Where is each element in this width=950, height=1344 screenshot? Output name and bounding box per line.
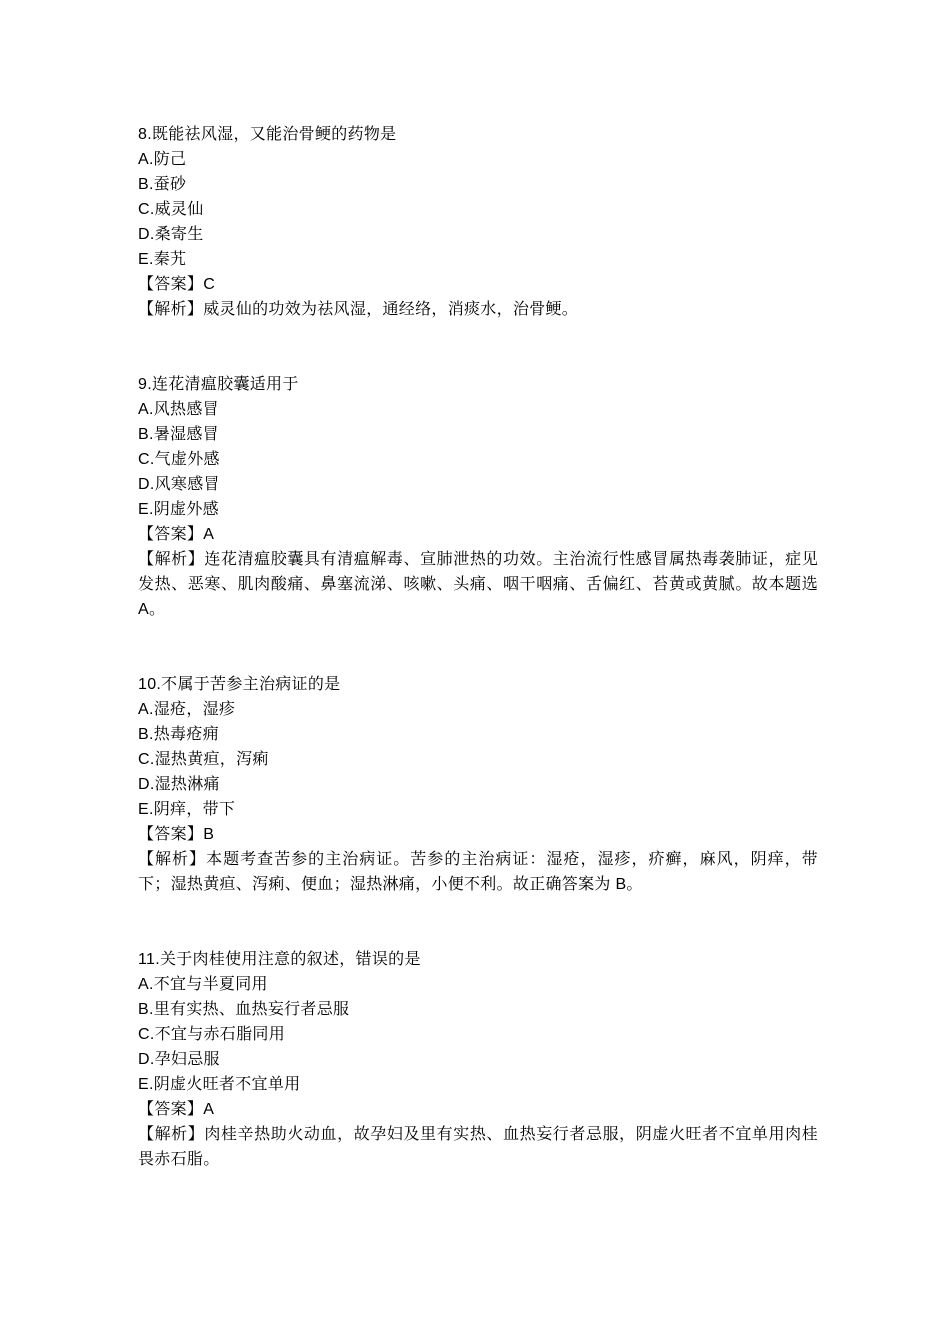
analysis-paragraph: 【解析】肉桂辛热助火动血，故孕妇及里有实热、血热妄行者忌服，阴虚火旺者不宜单用肉… xyxy=(138,1122,818,1172)
answer-line: 【答案】A xyxy=(138,1097,818,1122)
answer-line: 【答案】B xyxy=(138,822,818,847)
option-c: C.不宜与赤石脂同用 xyxy=(138,1022,818,1047)
question-stem: 9.连花清瘟胶囊适用于 xyxy=(138,372,818,397)
question-block-10: 10.不属于苦参主治病证的是 A.湿疮，湿疹 B.热毒疮痈 C.湿热黄疸，泻痢 … xyxy=(138,672,818,897)
option-e: E.阴痒，带下 xyxy=(138,797,818,822)
question-stem: 11.关于肉桂使用注意的叙述，错误的是 xyxy=(138,947,818,972)
option-b: B.蚕砂 xyxy=(138,172,818,197)
option-b: B.热毒疮痈 xyxy=(138,722,818,747)
question-block-11: 11.关于肉桂使用注意的叙述，错误的是 A.不宜与半夏同用 B.里有实热、血热妄… xyxy=(138,947,818,1172)
answer-line: 【答案】C xyxy=(138,272,818,297)
option-c: C.湿热黄疸，泻痢 xyxy=(138,747,818,772)
option-a: A.风热感冒 xyxy=(138,397,818,422)
option-d: D.孕妇忌服 xyxy=(138,1047,818,1072)
option-b: B.里有实热、血热妄行者忌服 xyxy=(138,997,818,1022)
option-d: D.风寒感冒 xyxy=(138,472,818,497)
analysis-paragraph: 【解析】威灵仙的功效为祛风湿，通经络，消痰水，治骨鲠。 xyxy=(138,297,818,322)
question-stem: 8.既能祛风湿，又能治骨鲠的药物是 xyxy=(138,122,818,147)
option-e: E.秦艽 xyxy=(138,247,818,272)
option-c: C.威灵仙 xyxy=(138,197,818,222)
option-d: D.湿热淋痛 xyxy=(138,772,818,797)
option-a: A.防己 xyxy=(138,147,818,172)
analysis-paragraph: 【解析】本题考查苦参的主治病证。苦参的主治病证：湿疮，湿疹，疥癣，麻风，阴痒，带… xyxy=(138,847,818,897)
option-d: D.桑寄生 xyxy=(138,222,818,247)
question-block-8: 8.既能祛风湿，又能治骨鲠的药物是 A.防己 B.蚕砂 C.威灵仙 D.桑寄生 … xyxy=(138,122,818,322)
question-stem: 10.不属于苦参主治病证的是 xyxy=(138,672,818,697)
option-e: E.阴虚外感 xyxy=(138,497,818,522)
answer-line: 【答案】A xyxy=(138,522,818,547)
option-b: B.暑湿感冒 xyxy=(138,422,818,447)
document-page: 8.既能祛风湿，又能治骨鲠的药物是 A.防己 B.蚕砂 C.威灵仙 D.桑寄生 … xyxy=(0,0,950,1344)
question-block-9: 9.连花清瘟胶囊适用于 A.风热感冒 B.暑湿感冒 C.气虚外感 D.风寒感冒 … xyxy=(138,372,818,622)
option-a: A.湿疮，湿疹 xyxy=(138,697,818,722)
option-e: E.阴虚火旺者不宜单用 xyxy=(138,1072,818,1097)
option-a: A.不宜与半夏同用 xyxy=(138,972,818,997)
analysis-paragraph: 【解析】连花清瘟胶囊具有清瘟解毒、宣肺泄热的功效。主治流行性感冒属热毒袭肺证，症… xyxy=(138,547,818,622)
option-c: C.气虚外感 xyxy=(138,447,818,472)
